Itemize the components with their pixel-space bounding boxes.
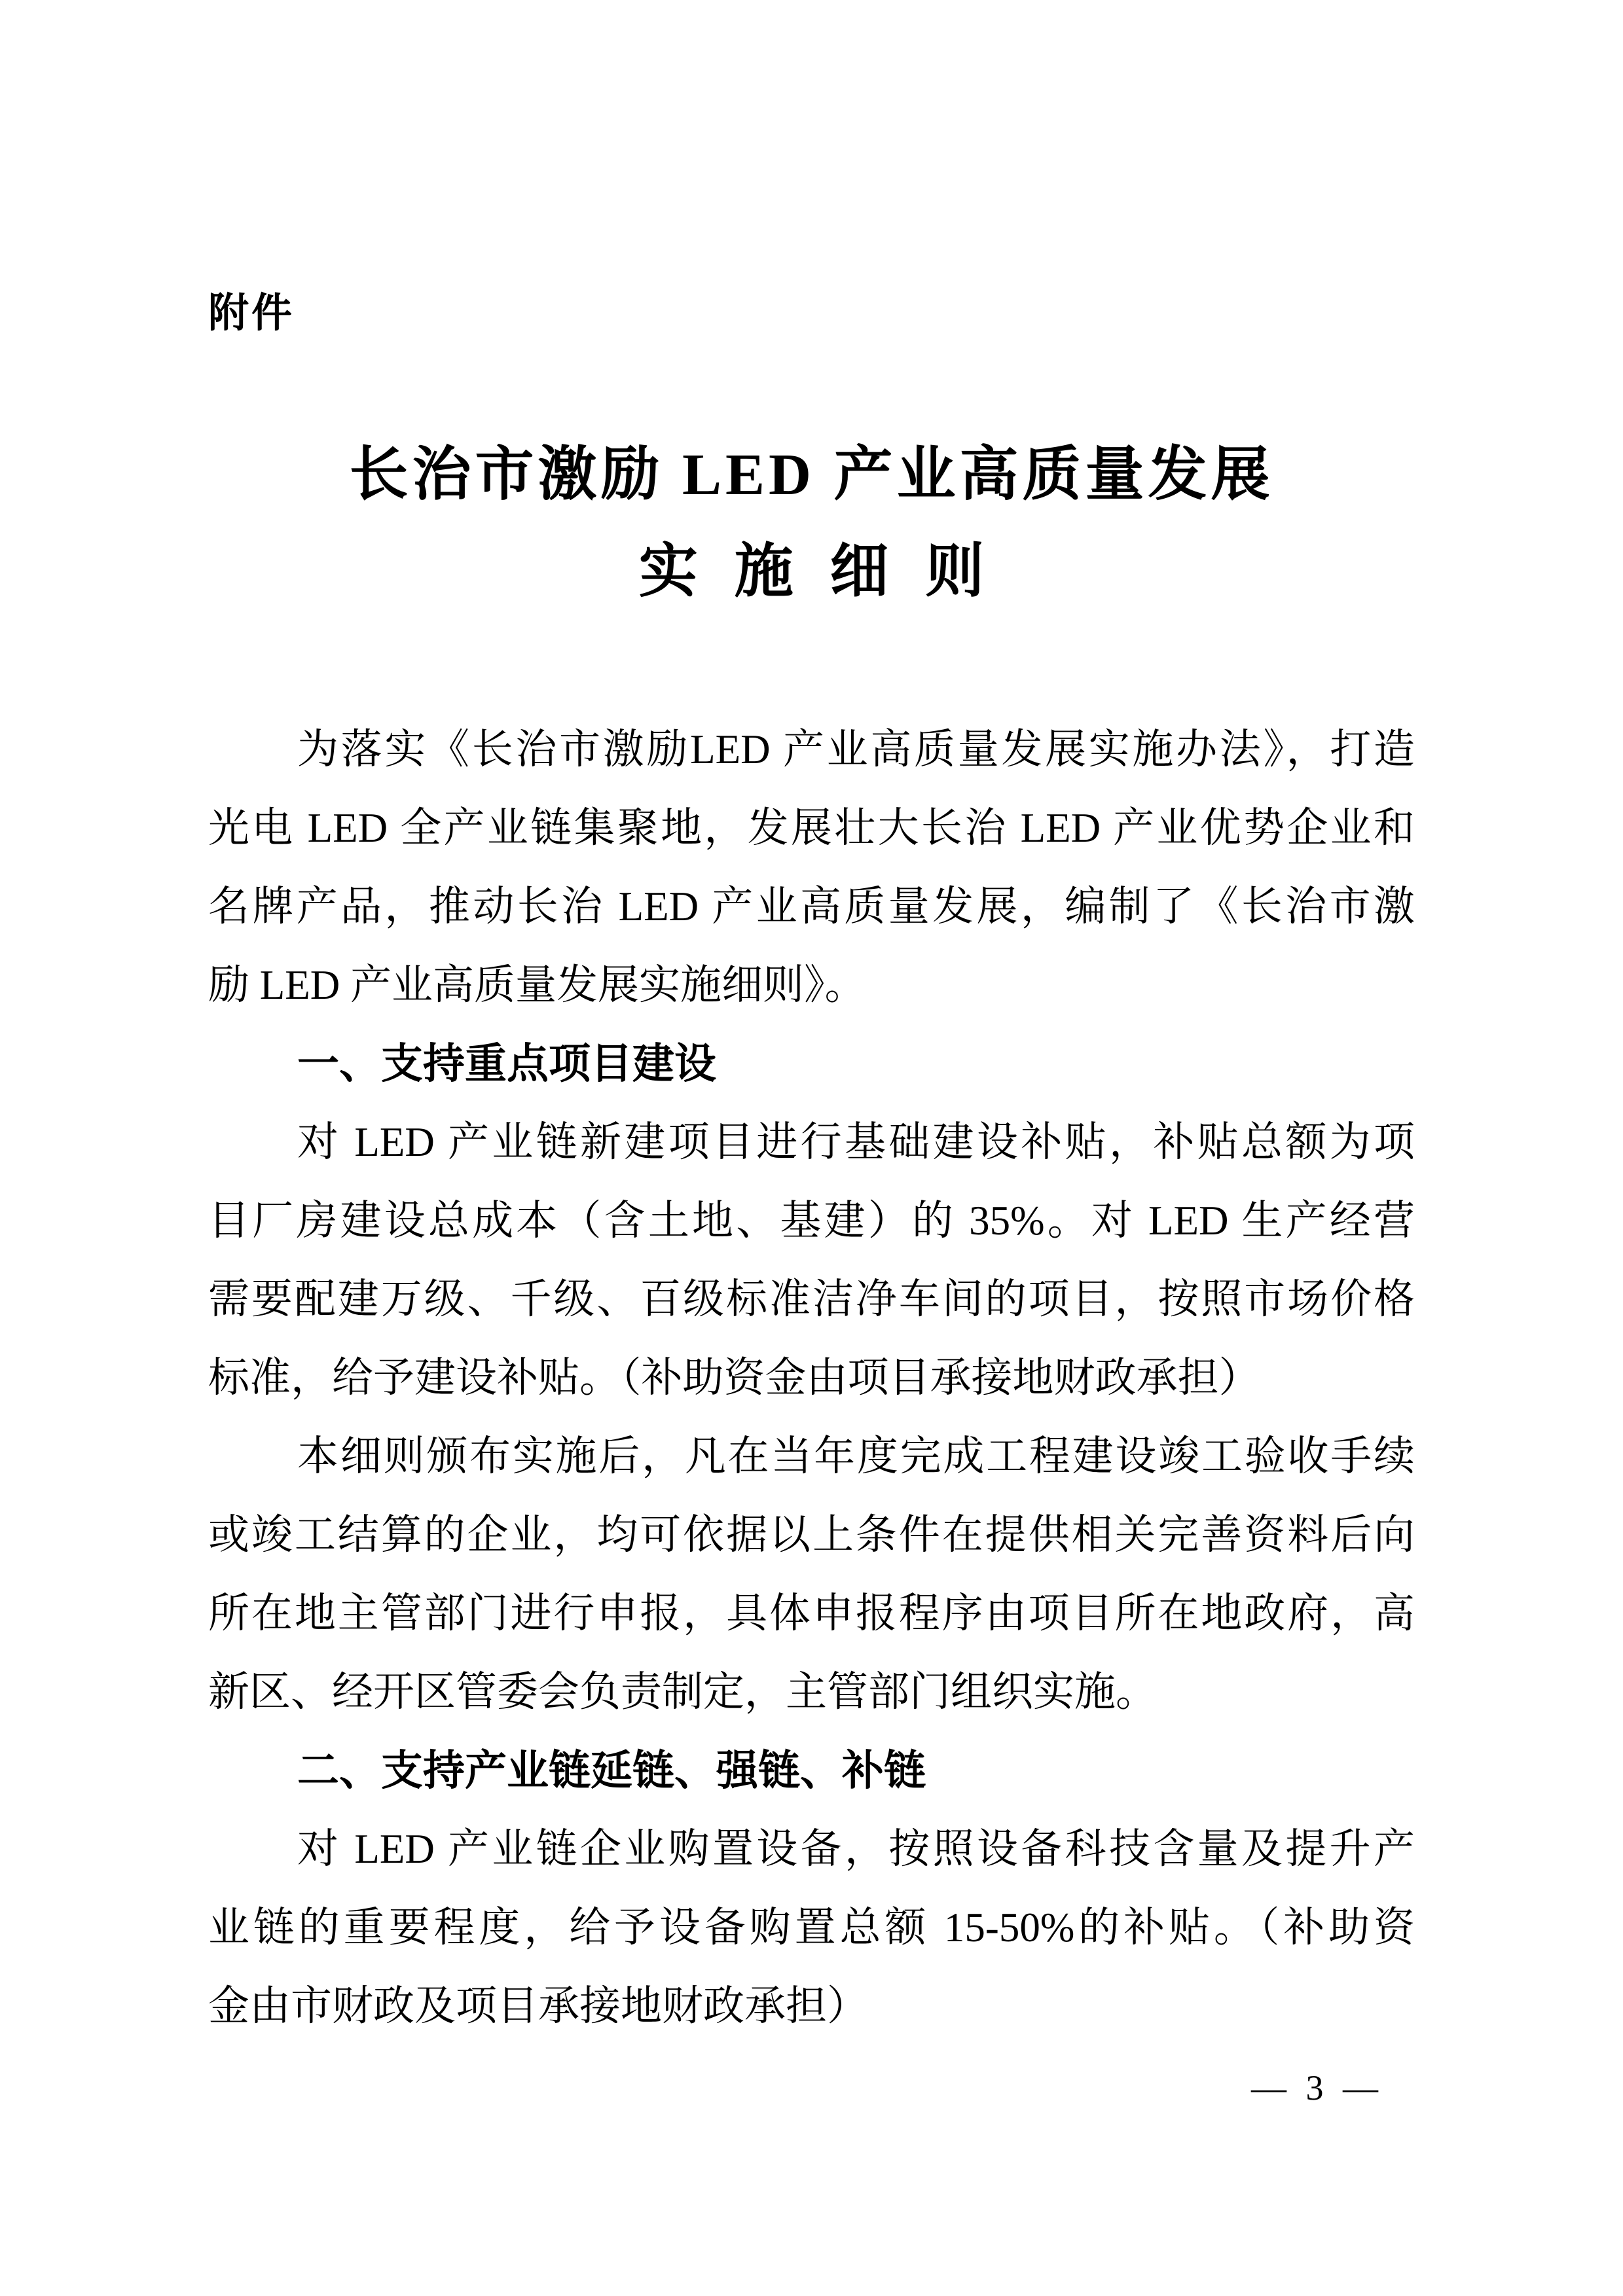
- body-line: 光电 LED 全产业链集聚地，发展壮大长治 LED 产业优势企业和: [208, 789, 1415, 867]
- document-title-line2: 实施细则: [0, 524, 1623, 620]
- body-line: 所在地主管部门进行申报，具体申报程序由项目所在地政府，高: [208, 1574, 1415, 1653]
- document-title-line1: 长治市激励 LED 产业高质量发展: [0, 427, 1623, 524]
- body-line: 对 LED 产业链企业购置设备，按照设备科技含量及提升产: [208, 1810, 1415, 1888]
- section-heading-1: 一、支持重点项目建设: [208, 1024, 1415, 1103]
- body-line: 励 LED 产业高质量发展实施细则》。: [208, 946, 1415, 1024]
- body-line: 本细则颁布实施后，凡在当年度完成工程建设竣工验收手续: [208, 1417, 1415, 1496]
- section-heading-2: 二、支持产业链延链、强链、补链: [208, 1731, 1415, 1810]
- document-page: 附件 长治市激励 LED 产业高质量发展 实施细则 为落实《长治市激励LED 产…: [0, 0, 1623, 2296]
- body-line: 对 LED 产业链新建项目进行基础建设补贴，补贴总额为项: [208, 1103, 1415, 1181]
- body-line: 目厂房建设总成本（含土地、基建）的 35%。对 LED 生产经营: [208, 1181, 1415, 1260]
- body-line: 标准，给予建设补贴。（补助资金由项目承接地财政承担）: [208, 1338, 1415, 1417]
- body-line: 业链的重要程度，给予设备购置总额 15-50%的补贴。（补助资: [208, 1888, 1415, 1967]
- document-body: 为落实《长治市激励LED 产业高质量发展实施办法》，打造 光电 LED 全产业链…: [208, 710, 1415, 2045]
- body-line: 金由市财政及项目承接地财政承担）: [208, 1967, 1415, 2045]
- body-line: 新区、经开区管委会负责制定，主管部门组织实施。: [208, 1653, 1415, 1731]
- body-line: 需要配建万级、千级、百级标准洁净车间的项目，按照市场价格: [208, 1260, 1415, 1338]
- attachment-label: 附件: [208, 293, 295, 334]
- body-line: 名牌产品，推动长治 LED 产业高质量发展，编制了《长治市激: [208, 867, 1415, 946]
- body-line: 或竣工结算的企业，均可依据以上条件在提供相关完善资料后向: [208, 1496, 1415, 1574]
- document-title: 长治市激励 LED 产业高质量发展 实施细则: [0, 427, 1623, 620]
- page-number: — 3 —: [1251, 2068, 1383, 2108]
- body-line: 为落实《长治市激励LED 产业高质量发展实施办法》，打造: [208, 710, 1415, 789]
